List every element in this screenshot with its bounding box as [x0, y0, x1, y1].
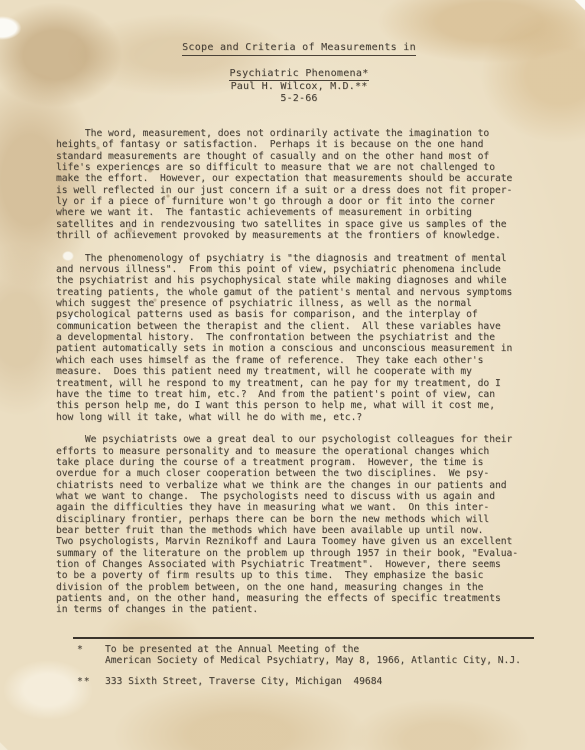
- document-title-line2: Psychiatric Phenomena*: [229, 68, 368, 82]
- paragraph-1: The word, measurement, does not ordinari…: [56, 128, 542, 241]
- document-title-line1: Scope and Criteria of Measurements in: [182, 42, 416, 56]
- author-byline: Paul H. Wilcox, M.D.**: [56, 81, 542, 93]
- footnote-separator-rule: [73, 637, 534, 639]
- title-row: Scope and Criteria of Measurements in: [56, 42, 542, 56]
- body-text: The word, measurement, does not ordinari…: [56, 128, 542, 616]
- footnote-text: To be presented at the Annual Meeting of…: [105, 644, 542, 667]
- paper-corner-damage-bottom-left: [0, 736, 14, 750]
- title-row: Psychiatric Phenomena*: [56, 68, 542, 82]
- footnote-item: ** 333 Sixth Street, Traverse City, Mich…: [56, 676, 542, 687]
- scanned-document-page: Scope and Criteria of Measurements in Ps…: [0, 0, 585, 750]
- title-block: Scope and Criteria of Measurements in Ps…: [56, 42, 542, 104]
- footnotes-section: * To be presented at the Annual Meeting …: [56, 637, 542, 687]
- document-content: Scope and Criteria of Measurements in Ps…: [56, 42, 542, 616]
- date-line: 5-2-66: [56, 93, 542, 105]
- paragraph-3: We psychiatrists owe a great deal to our…: [56, 434, 542, 616]
- footnote-marker: **: [56, 676, 105, 687]
- footnote-text: 333 Sixth Street, Traverse City, Michiga…: [105, 676, 542, 687]
- footnote-item: * To be presented at the Annual Meeting …: [56, 644, 542, 667]
- footnote-marker: *: [56, 644, 105, 667]
- paper-corner-damage-top-right: [569, 0, 585, 16]
- paragraph-2: The phenomenology of psychiatry is "the …: [56, 253, 542, 423]
